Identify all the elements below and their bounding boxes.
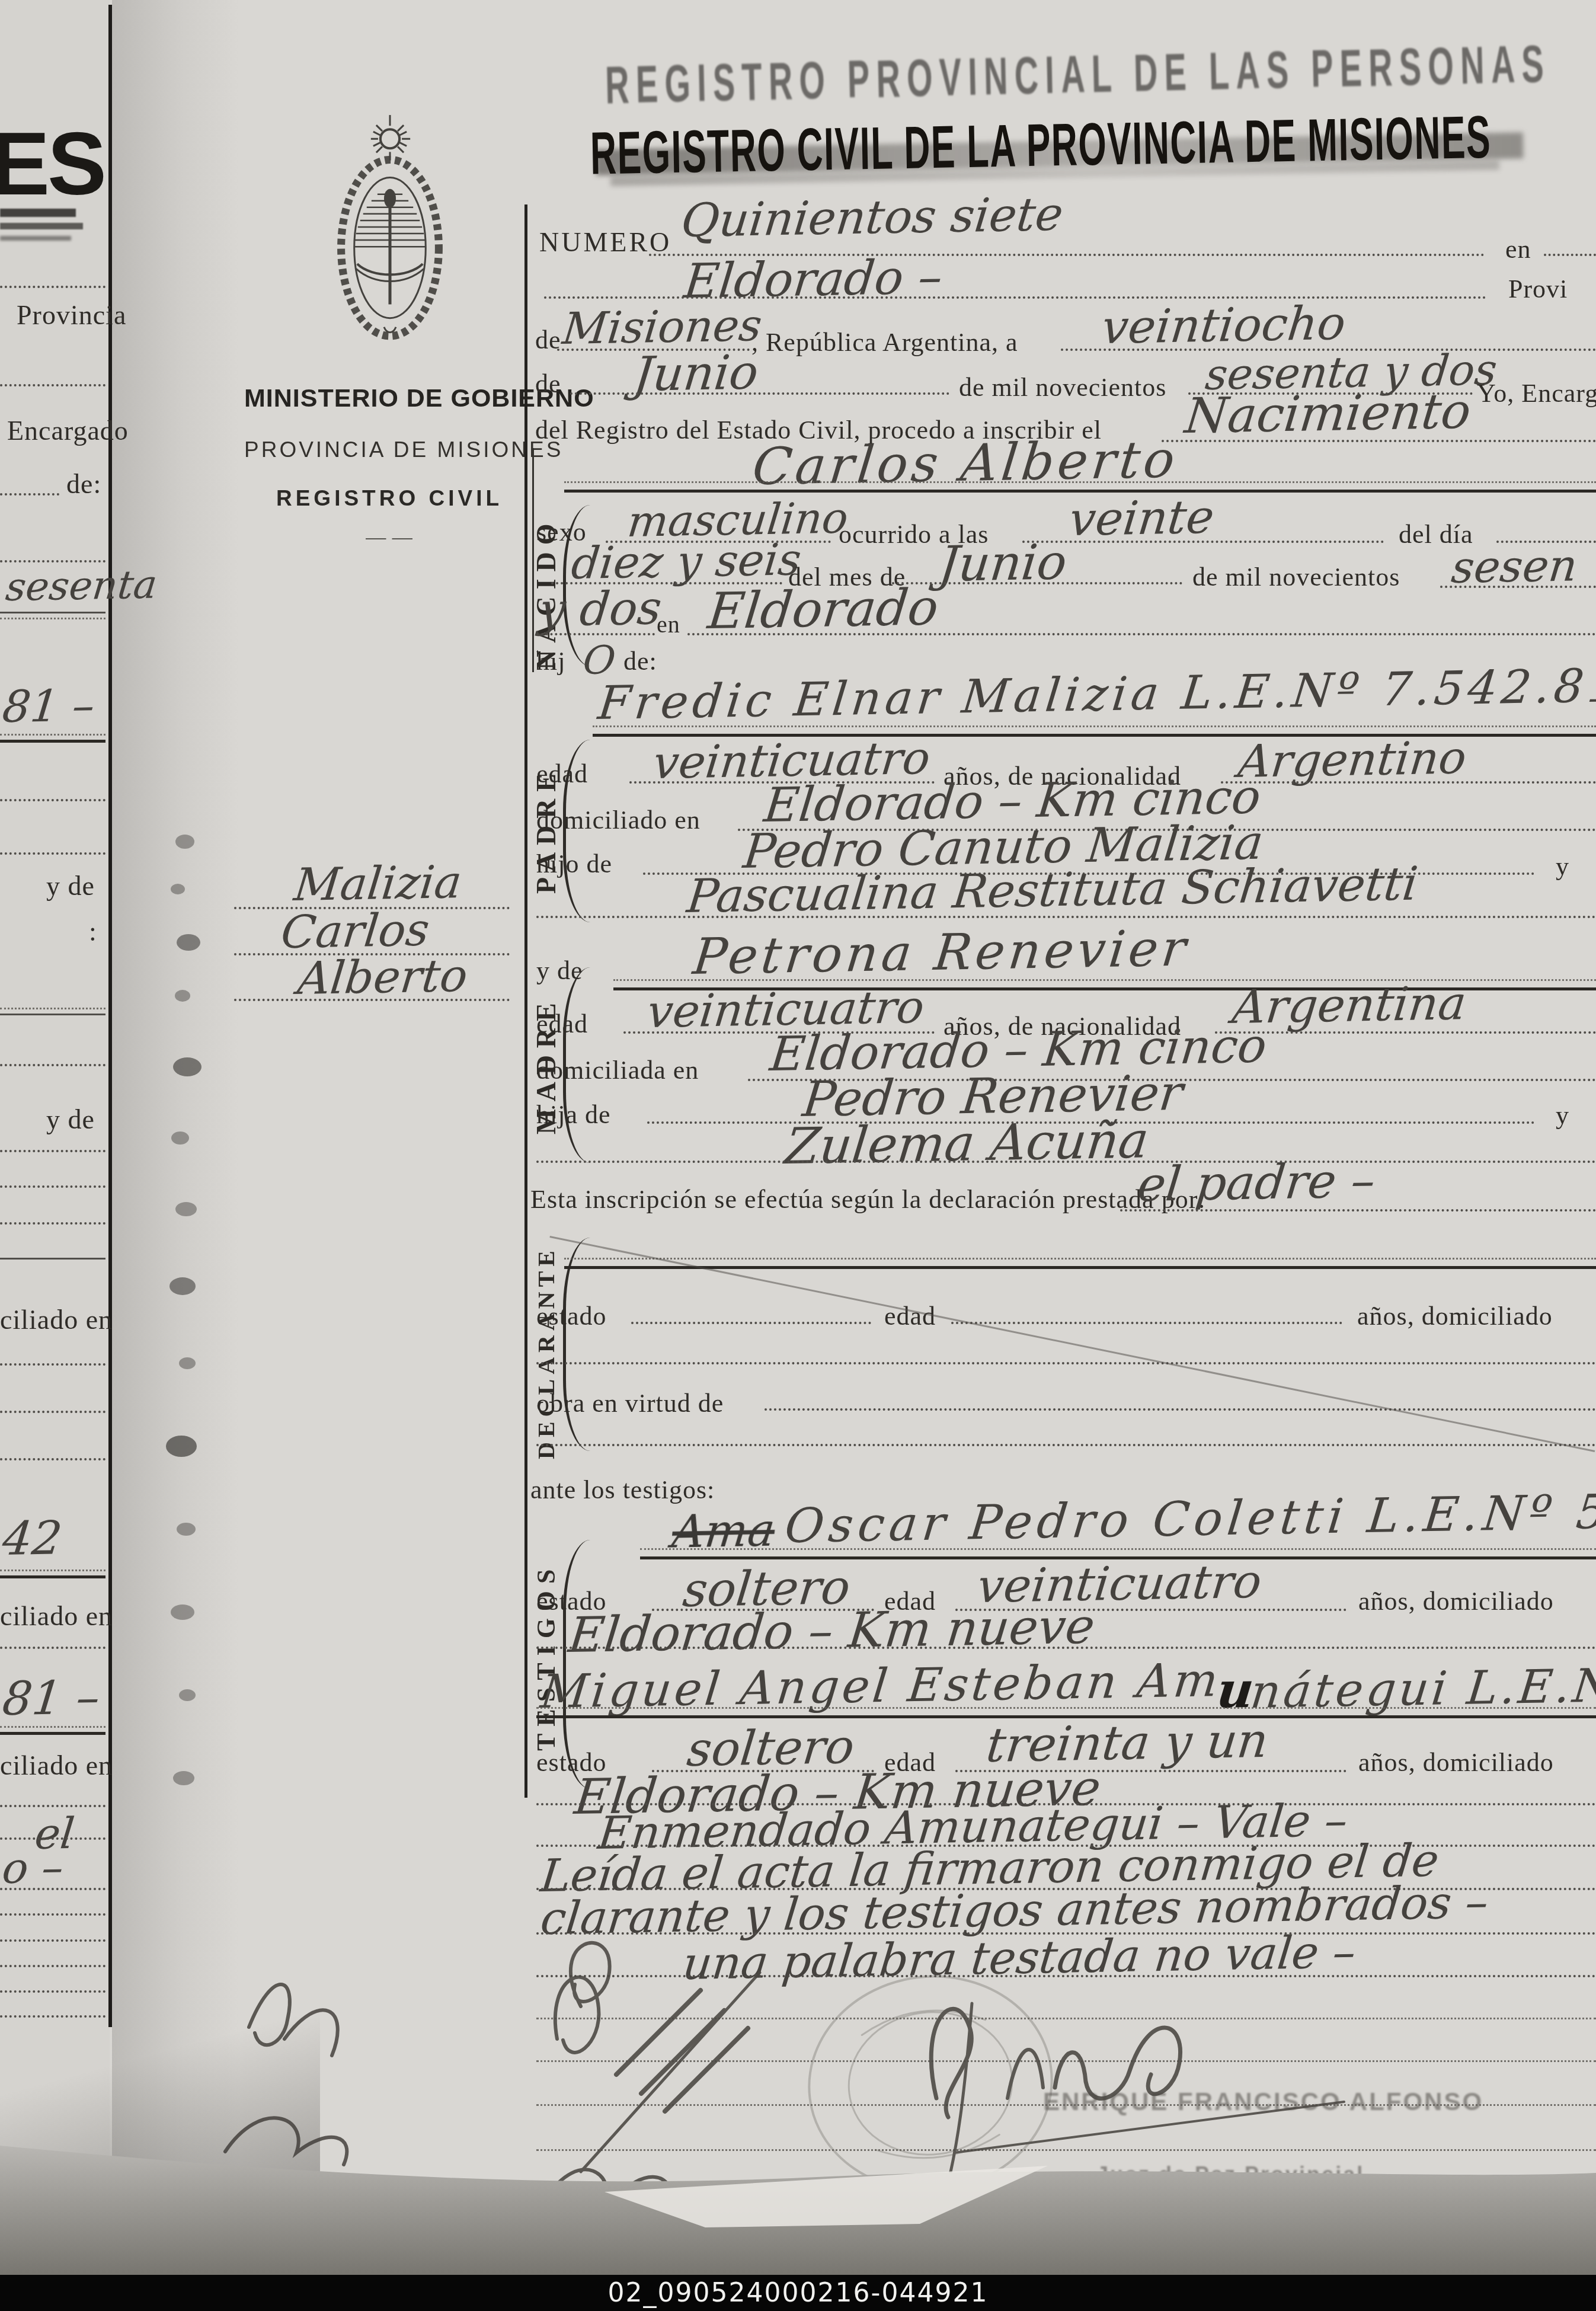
prev-y-de: y de — [46, 1104, 95, 1135]
prev-line — [0, 612, 105, 613]
form-line — [536, 1647, 1596, 1649]
declarante-anios-label: años, domiciliado — [1357, 1301, 1553, 1331]
prev-provincia: Provincia — [17, 299, 126, 331]
testigo2-nombre-a: Miguel Angel Esteban Am — [538, 1654, 1223, 1719]
prev-line — [0, 1965, 105, 1967]
prev-line — [0, 493, 59, 496]
prev-line — [0, 1185, 105, 1188]
testigo1-domicilio-value: Eldorado – Km nueve — [566, 1599, 1098, 1664]
novecientos-label: de mil novecientos — [959, 372, 1166, 402]
testigo2-nombre-b: nátegui L.E.Nº 5.8 — [1248, 1657, 1596, 1719]
form-line — [631, 1322, 871, 1324]
scanned-birth-certificate: ES Provincia Encargado de: sesenta 81 – … — [0, 0, 1596, 2311]
en-label: en — [1505, 234, 1531, 264]
form-line — [536, 1362, 1596, 1364]
prev-line — [0, 1008, 105, 1009]
form-line — [640, 1548, 1596, 1550]
prev-line — [0, 1014, 105, 1015]
prev-hw-81: 81 – — [0, 680, 97, 733]
stamp-smear-bar — [0, 223, 83, 229]
prev-line — [0, 384, 105, 386]
de-label: de — [535, 369, 561, 399]
anio-fin-value: y dos — [536, 581, 664, 637]
stamp-smear-bar — [0, 236, 71, 241]
y-label: y — [1556, 851, 1569, 881]
header-stamp-registro-civil: REGISTRO CIVIL DE LA PROVINCIA DE MISION… — [590, 102, 1492, 188]
prev-page-stamp-fragment: ES — [0, 113, 104, 215]
section-label-declarante: DECLARANTE — [529, 1228, 562, 1477]
ministry-line3: REGISTRO CIVIL — [244, 486, 535, 511]
margin-name-surname: Malizia — [292, 855, 464, 911]
hijo-label: hij — [536, 646, 565, 676]
prev-hw-42: 42 — [0, 1511, 65, 1566]
hijo-de-label: de: — [623, 646, 657, 676]
form-line — [1022, 541, 1384, 543]
prev-colon: : — [89, 916, 97, 947]
abuela-materna-value: Zulema Acuña — [782, 1111, 1152, 1175]
prev-line — [0, 1913, 105, 1916]
padre-edad-label: edad — [536, 759, 588, 789]
prev-line — [0, 1805, 105, 1807]
prev-line — [0, 1150, 105, 1152]
margin-name-middle: Alberto — [295, 949, 470, 1005]
prev-line — [0, 1837, 105, 1840]
prev-line — [0, 1726, 105, 1728]
prev-line — [0, 799, 105, 801]
prev-ciliado: ciliado en — [0, 1750, 113, 1781]
novecientos-label-2: de mil novecientos — [1192, 562, 1400, 592]
testigo1-tachado: Ama — [670, 1504, 778, 1558]
scanner-black-band: 02_090524000216-044921 — [0, 2275, 1596, 2311]
testigos-ante-label: ante los testigos: — [530, 1475, 715, 1505]
form-line — [570, 392, 949, 395]
prev-line — [0, 1222, 105, 1225]
testigo2-nombre-row: Miguel Angel Esteban Amunátegui L.E.Nº 5… — [538, 1661, 1596, 1719]
padre-hijo-de-label: hijo de — [536, 849, 612, 879]
scan-id-label: 02_090524000216-044921 — [608, 2278, 989, 2308]
testigo1-nombre: Oscar Pedro Coletti L.E.Nº 5.930. — [782, 1481, 1596, 1554]
form-line — [564, 1258, 1596, 1260]
form-left-rule — [524, 204, 527, 1798]
testigo1-anios-label: años, domiciliado — [1358, 1586, 1554, 1616]
prev-line — [0, 1732, 105, 1735]
prev-ciliado: ciliado en — [0, 1600, 113, 1632]
form-line — [1544, 254, 1596, 256]
form-line — [593, 725, 1596, 727]
form-line — [1221, 781, 1596, 784]
ministry-line2: PROVINCIA DE MISIONES — [244, 437, 535, 462]
testigo2-anios-label: años, domiciliado — [1358, 1747, 1554, 1778]
declarante-obra-label: obra en virtud de — [536, 1388, 724, 1418]
form-line — [1120, 1209, 1596, 1212]
form-line — [1162, 440, 1596, 442]
stamp-smear-bar — [0, 209, 76, 217]
form-line — [765, 1408, 1596, 1411]
madre-domicilio-label: domiciliada en — [536, 1055, 699, 1085]
form-line — [1440, 586, 1596, 588]
prev-de: de: — [66, 468, 101, 500]
header-stamp-registro-provincial: REGISTRO PROVINCIAL DE LAS PERSONAS — [605, 33, 1551, 116]
en-lugar-label: en — [657, 610, 680, 638]
form-line — [536, 633, 655, 635]
madre-hija-de-label: hija de — [536, 1099, 611, 1130]
prev-line — [0, 1363, 105, 1366]
prev-encargado: Encargado — [7, 415, 129, 446]
gutter-ink-smudges — [148, 818, 225, 1885]
madre-edad-label: edad — [536, 1009, 588, 1039]
prev-hw-81b: 81 – — [0, 1671, 103, 1726]
form-line — [536, 1444, 1596, 1446]
prev-line — [0, 852, 105, 855]
form-line — [564, 1266, 1596, 1269]
form-line — [564, 481, 1596, 483]
margin-line — [234, 999, 510, 1001]
prev-line — [0, 740, 105, 743]
form-line — [687, 633, 1596, 635]
madre-y-de-label: y de — [536, 955, 583, 986]
padre-nombre: Fredic Elnar Malizia L.E.Nº 7.542.81 — [596, 659, 1596, 730]
form-line — [564, 490, 1596, 493]
form-line — [536, 1707, 1596, 1709]
lugar-value: Eldorado – — [682, 249, 945, 309]
prev-line — [0, 560, 105, 562]
madre-nombre: Petrona Renevier — [690, 919, 1192, 986]
prev-ciliado: ciliado en — [0, 1304, 113, 1335]
provincia-cut: Provi — [1508, 274, 1568, 304]
numero-value: Quinientos siete — [679, 188, 1066, 248]
argentina-coat-of-arms — [327, 108, 453, 352]
prev-line — [0, 1647, 105, 1649]
declarante-estado-label: estado — [536, 1301, 606, 1331]
yo-encargado-label: Yo, Encarg — [1477, 378, 1596, 408]
prev-line — [0, 618, 105, 619]
prev-line — [0, 1064, 105, 1066]
lugar-nacimiento-value: Eldorado — [705, 578, 941, 640]
prev-line — [0, 1990, 105, 1993]
prev-line — [0, 734, 105, 736]
prev-hw-o: o – — [0, 1842, 66, 1893]
republica-label: , República Argentina, a — [751, 327, 1018, 357]
form-line — [536, 916, 1596, 918]
ministry-line1: MINISTERIO DE GOBIERNO — [244, 384, 535, 413]
section-bracket-declarante — [563, 1238, 593, 1451]
prev-line — [0, 1458, 105, 1460]
prev-line — [0, 1570, 105, 1571]
padre-domicilio-label: domiciliado en — [536, 805, 701, 835]
acto-value: Nacimiento — [1182, 383, 1473, 445]
ministry-divider: — — — [244, 526, 535, 549]
hora-value: veinte — [1067, 491, 1217, 546]
prev-hw-sesenta: sesenta — [4, 562, 159, 610]
declaracion-valor: el padre – — [1135, 1153, 1378, 1212]
nacido-nombre: Carlos Alberto — [750, 430, 1181, 497]
prev-line — [0, 1411, 105, 1413]
declaracion-label: Esta inscripción se efectúa según la dec… — [530, 1184, 1206, 1214]
form-line — [951, 1322, 1342, 1324]
prev-line — [0, 1258, 105, 1260]
prev-line — [0, 1575, 105, 1578]
form-line — [536, 1161, 1596, 1163]
fecha-dia-value: veintiocho — [1099, 297, 1348, 354]
y-label-2: y — [1556, 1100, 1569, 1130]
prev-line — [0, 1939, 105, 1942]
prev-y-de: y de — [46, 870, 95, 902]
prev-line — [0, 286, 105, 288]
prev-line — [0, 1888, 105, 1890]
padre-nacionalidad-value: Argentino — [1236, 731, 1469, 788]
form-line — [1215, 1031, 1596, 1034]
